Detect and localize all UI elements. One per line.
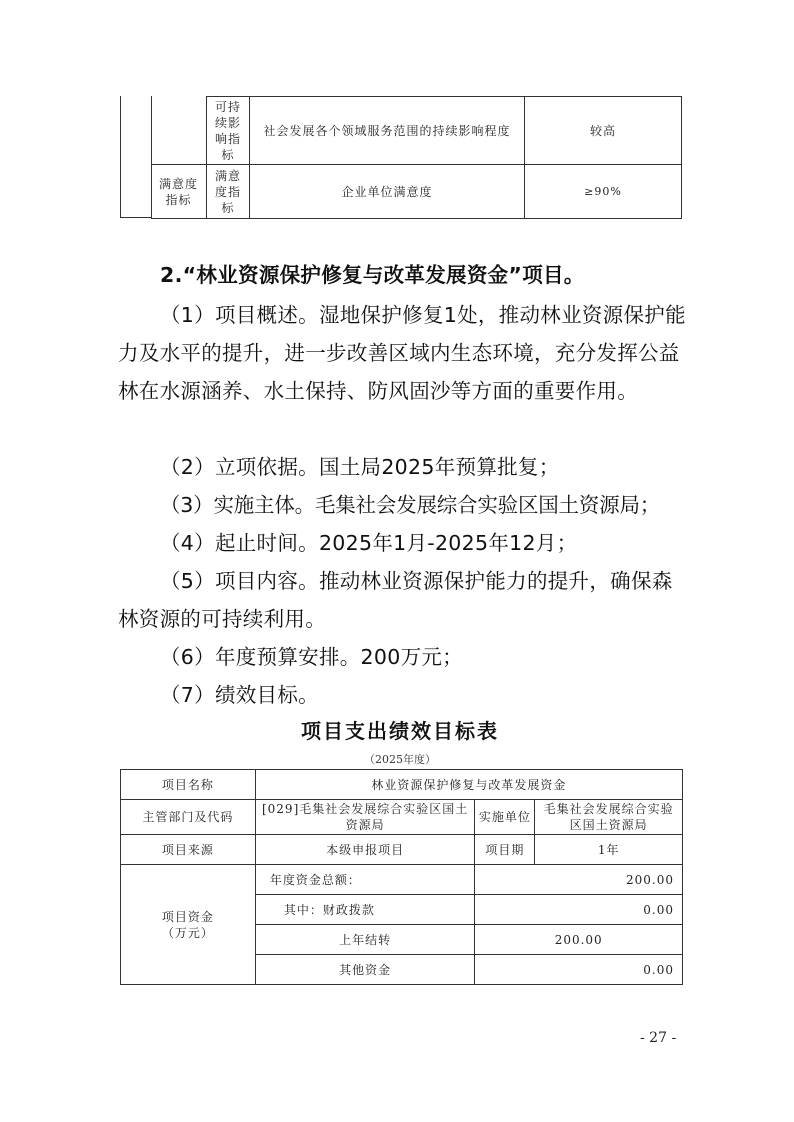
table-cell <box>151 97 207 165</box>
fund-other-label: 其他资金 <box>255 955 475 985</box>
impl-label: 实施单位 <box>475 800 535 835</box>
paragraph-overview: （1）项目概述。湿地保护修复1处，推动林业资源保护能力及水平的提升，进一步改善区… <box>118 296 688 410</box>
table-subtitle: （2025年度） <box>118 751 682 767</box>
table-row: 可持续影响指标 社会发展各个领域服务范围的持续影响程度 较高 <box>151 97 682 165</box>
budget-table: 项目名称 林业资源保护修复与改革发展资金 主管部门及代码 [029]毛集社会发展… <box>120 769 683 985</box>
impl-value: 毛集社会发展综合实验区国土资源局 <box>535 800 683 835</box>
source-label: 项目来源 <box>121 835 256 865</box>
project-name-label: 项目名称 <box>121 770 256 800</box>
table-cell: 满意度指标 <box>151 165 207 219</box>
fund-total-value: 200.00 <box>475 865 683 895</box>
table-cell: 较高 <box>525 97 682 165</box>
fund-carryover-value: 200.00 <box>475 925 683 955</box>
period-label: 项目期 <box>475 835 535 865</box>
paragraph-content: （5）项目内容。推动林业资源保护能力的提升，确保森林资源的可持续利用。 <box>118 562 688 638</box>
paragraph-implementer: （3）实施主体。毛集社会发展综合实验区国土资源局； <box>118 486 688 524</box>
table-cell: 满意度指标 <box>207 165 250 219</box>
table-row: 项目资金（万元） 年度资金总额： 200.00 <box>121 865 683 895</box>
fund-fiscal-value: 0.00 <box>475 895 683 925</box>
paragraph-goals: （7）绩效目标。 <box>118 676 688 714</box>
table-row: 项目来源 本级申报项目 项目期 1年 <box>121 835 683 865</box>
paragraph-basis: （2）立项依据。国土局2025年预算批复； <box>118 448 688 486</box>
fund-other-value: 0.00 <box>475 955 683 985</box>
fund-total-label: 年度资金总额： <box>255 865 475 895</box>
paragraph-period: （4）起止时间。2025年1月-2025年12月； <box>118 524 688 562</box>
table-row: 满意度指标 满意度指标 企业单位满意度 ≥90% <box>151 165 682 219</box>
period-value: 1年 <box>535 835 683 865</box>
paragraph-budget: （6）年度预算安排。200万元； <box>118 638 688 676</box>
dept-label: 主管部门及代码 <box>121 800 256 835</box>
indicator-table-continued: 可持续影响指标 社会发展各个领域服务范围的持续影响程度 较高 满意度指标 满意度… <box>151 96 682 219</box>
table-row: 主管部门及代码 [029]毛集社会发展综合实验区国土资源局 实施单位 毛集社会发… <box>121 800 683 835</box>
fund-carryover-label: 上年结转 <box>255 925 475 955</box>
dept-value: [029]毛集社会发展综合实验区国土资源局 <box>255 800 475 835</box>
fund-fiscal-label: 其中：财政拨款 <box>255 895 475 925</box>
top-table-left-border <box>120 96 121 218</box>
project-name-value: 林业资源保护修复与改革发展资金 <box>255 770 682 800</box>
page-number: - 27 - <box>640 1030 676 1046</box>
table-cell: 企业单位满意度 <box>250 165 525 219</box>
section-heading: 2.“林业资源保护修复与改革发展资金”项目。 <box>118 256 688 294</box>
table-cell: 社会发展各个领域服务范围的持续影响程度 <box>250 97 525 165</box>
source-value: 本级申报项目 <box>255 835 475 865</box>
table-row: 项目名称 林业资源保护修复与改革发展资金 <box>121 770 683 800</box>
table-cell: 可持续影响指标 <box>207 97 250 165</box>
top-table-bottom-border <box>120 217 151 218</box>
funds-label: 项目资金（万元） <box>121 865 256 985</box>
table-cell: ≥90% <box>525 165 682 219</box>
table-title: 项目支出绩效目标表 <box>118 715 682 744</box>
